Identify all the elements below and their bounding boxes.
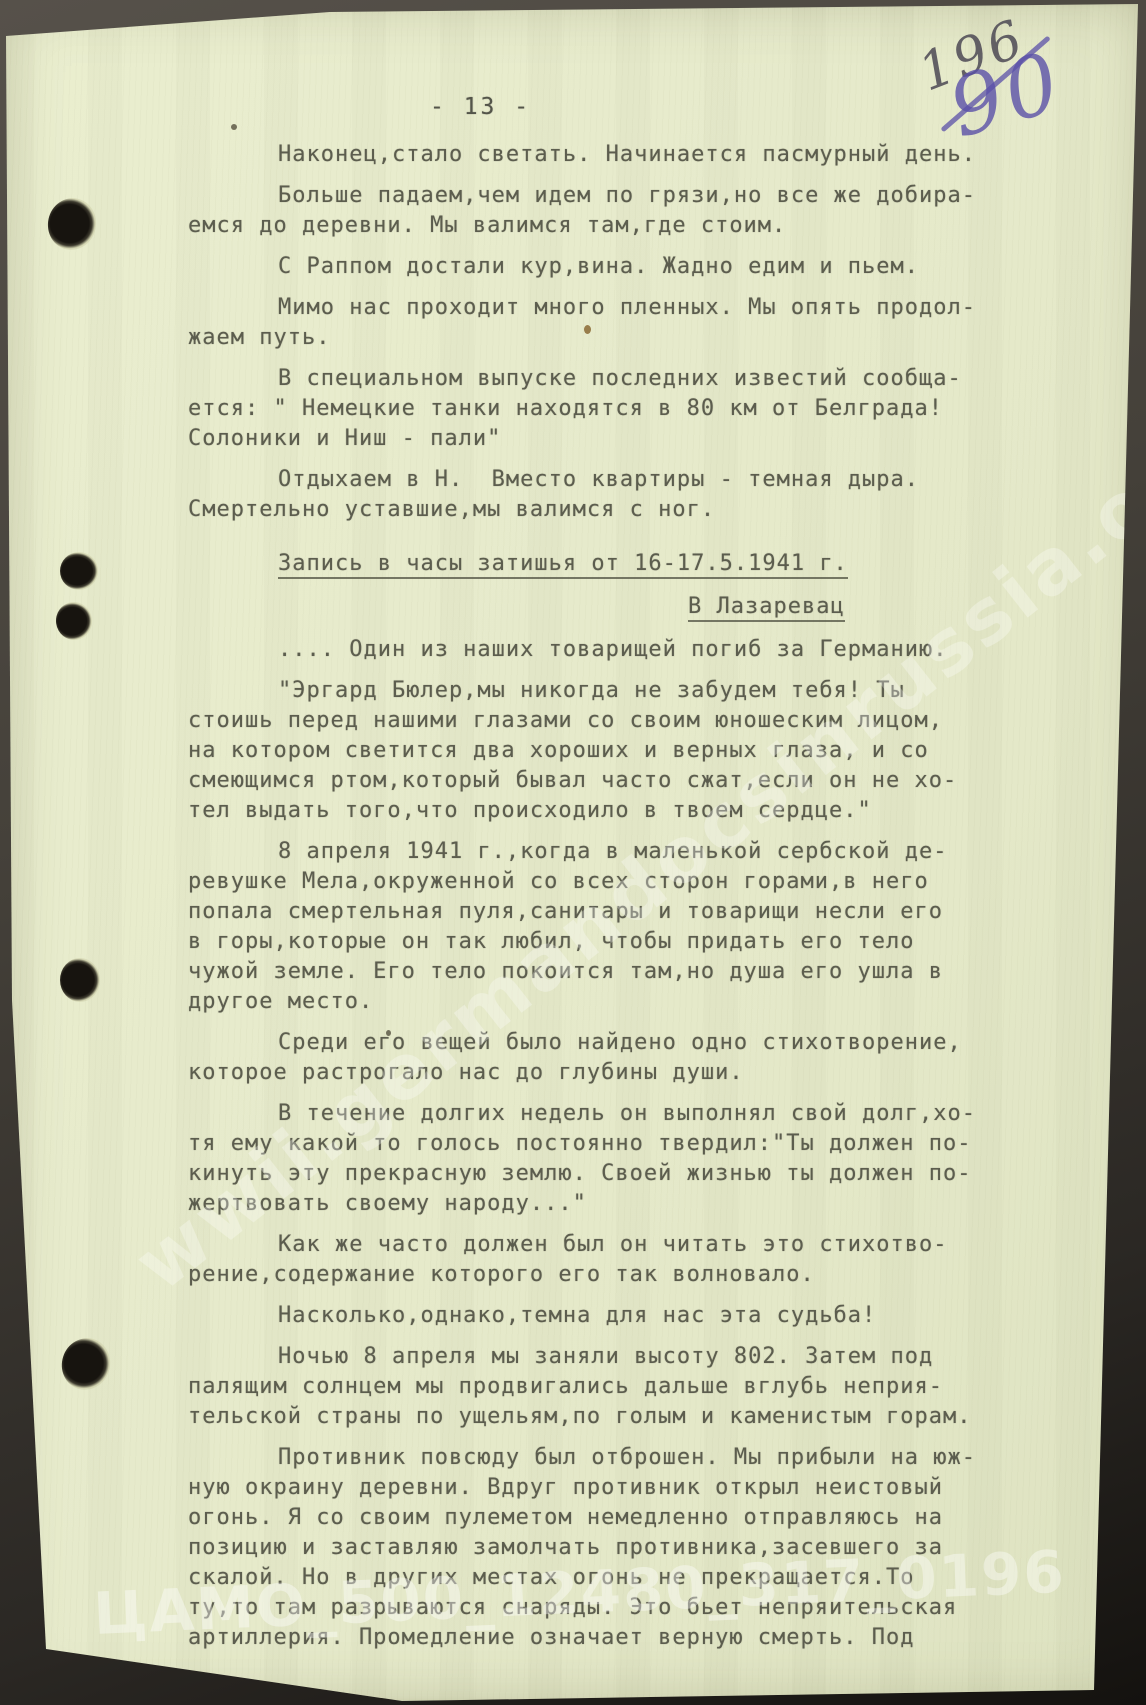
text-line: жертвовать своему народу..." bbox=[188, 1189, 1080, 1219]
text-line: Мимо нас проходит много пленных. Мы опят… bbox=[188, 293, 1080, 323]
text-line: Смертельно уставшие,мы валимся с ног. bbox=[188, 495, 1080, 525]
punch-hole bbox=[55, 1332, 117, 1396]
paper-sheet: - 13 - Наконец,стало светать. Начинается… bbox=[0, 0, 1146, 1705]
text-line: на котором светится два хороших и верных… bbox=[188, 736, 1080, 766]
paragraph: Ночью 8 апреля мы заняли высоту 802. Зат… bbox=[188, 1342, 1080, 1432]
scanned-page-canvas: - 13 - Наконец,стало светать. Начинается… bbox=[0, 0, 1146, 1705]
text-line: Больше падаем,чем идем по грязи,но все ж… bbox=[188, 181, 1080, 211]
text-line: смеющимся ртом,который бывал часто сжат,… bbox=[188, 766, 1080, 796]
text-line: Наконец,стало светать. Начинается пасмур… bbox=[188, 140, 1080, 170]
paragraph: Мимо нас проходит много пленных. Мы опят… bbox=[188, 293, 1080, 353]
text-line: тельской страны по ущельям,по голым и ка… bbox=[188, 1402, 1080, 1432]
paragraph: С Раппом достали кур,вина. Жадно едим и … bbox=[188, 252, 1080, 282]
paragraph: Отдыхаем в Н. Вместо квартиры - темная д… bbox=[188, 465, 1080, 525]
text-line: Противник повсюду был отброшен. Мы прибы… bbox=[188, 1443, 1080, 1473]
text-line: жаем путь. bbox=[188, 323, 1080, 353]
text-line: Запись в часы затишья от 16-17.5.1941 г. bbox=[188, 549, 1080, 579]
text-line: чужой земле. Его тело покоится там,но ду… bbox=[188, 957, 1080, 987]
text-line: рение,содержание которого его так волнов… bbox=[188, 1260, 1080, 1290]
punch-hole bbox=[43, 194, 101, 255]
text-line: другое место. bbox=[188, 987, 1080, 1017]
text-line: Ночью 8 апреля мы заняли высоту 802. Зат… bbox=[188, 1342, 1080, 1372]
text-line: Солоники и Ниш - пали" bbox=[188, 424, 1080, 454]
text-line: палящим солнцем мы продвигались дальше в… bbox=[188, 1372, 1080, 1402]
text-line: С Раппом достали кур,вина. Жадно едим и … bbox=[188, 252, 1080, 282]
text-line: Как же часто должен был он читать это ст… bbox=[188, 1230, 1080, 1260]
punch-hole bbox=[54, 600, 95, 643]
text-line: Среди его вещей было найдено одно стихот… bbox=[188, 1028, 1080, 1058]
text-line: емся до деревни. Мы валимся там,где стои… bbox=[188, 211, 1080, 241]
text-line: Насколько,однако,темна для нас эта судьб… bbox=[188, 1301, 1080, 1331]
paragraph: Наконец,стало светать. Начинается пасмур… bbox=[188, 140, 1080, 170]
text-line: огонь. Я со своим пулеметом немедленно о… bbox=[188, 1503, 1080, 1533]
text-line: ется: " Немецкие танки находятся в 80 км… bbox=[188, 394, 1080, 424]
paragraph: Запись в часы затишья от 16-17.5.1941 г. bbox=[188, 549, 1080, 579]
paragraph: Как же часто должен был он читать это ст… bbox=[188, 1230, 1080, 1290]
paragraph: В специальном выпуске последних известий… bbox=[188, 364, 1080, 454]
paper-speck bbox=[231, 124, 237, 130]
page-number: - 13 - bbox=[430, 94, 531, 120]
text-line: В специальном выпуске последних известий… bbox=[188, 364, 1080, 394]
text-line: Отдыхаем в Н. Вместо квартиры - темная д… bbox=[188, 465, 1080, 495]
punch-hole bbox=[60, 958, 100, 1002]
text-line: ную окраину деревни. Вдруг противник отк… bbox=[188, 1473, 1080, 1503]
punch-hole bbox=[60, 552, 98, 590]
paragraph: Насколько,однако,темна для нас эта судьб… bbox=[188, 1301, 1080, 1331]
text-line: стоишь перед нашими глазами со своим юно… bbox=[188, 706, 1080, 736]
paragraph: Больше падаем,чем идем по грязи,но все ж… bbox=[188, 181, 1080, 241]
text-line: тел выдать того,что происходило в твоем … bbox=[188, 796, 1080, 826]
